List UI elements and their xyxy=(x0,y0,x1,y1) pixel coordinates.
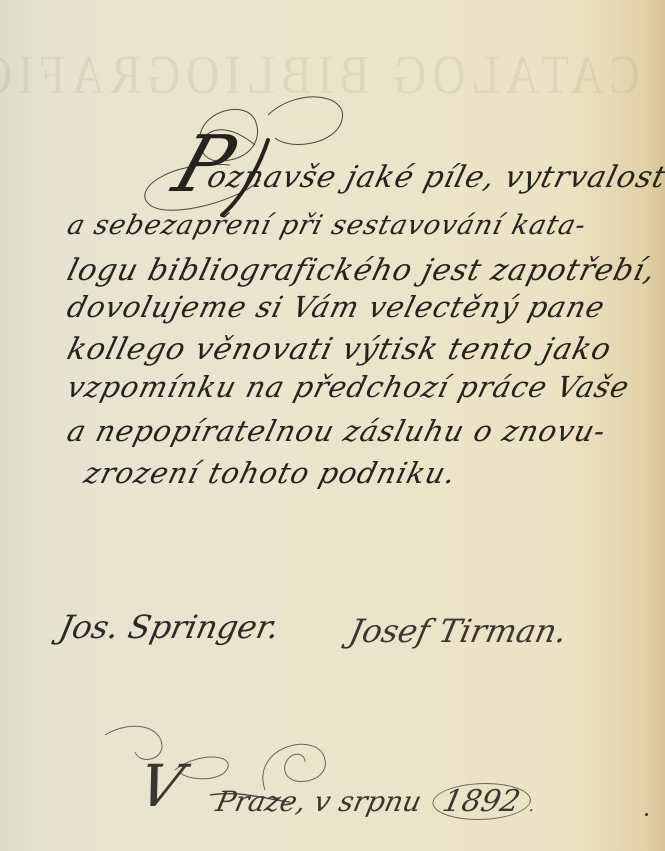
year: 1892 xyxy=(428,783,534,820)
body-line: oznavše jaké píle, vytrvalosti xyxy=(204,160,665,195)
body-line: logu bibliografického jest zapotřebí, xyxy=(64,253,660,288)
body-line: vzpomínku na předchozí práce Vaše xyxy=(64,370,634,404)
signature-springer: Jos. Springer. xyxy=(56,608,283,646)
body-line: a nepopíratelnou zásluhu o znovu- xyxy=(64,414,610,448)
body-line: a sebezapření při sestavování kata- xyxy=(64,210,590,241)
body-line: kollego věnovati výtisk tento jako xyxy=(64,332,616,367)
body-line: dovolujeme si Vám velectěný pane xyxy=(64,290,609,324)
signature-tirman: Josef Tirman. xyxy=(346,612,571,650)
dedication-page: CATALOG BIBLIOGRAFICKÝ P oznavše jaké pí… xyxy=(0,0,665,851)
body-line: zrození tohoto podniku. xyxy=(81,456,460,490)
place-name: Praze, v srpnu xyxy=(213,785,425,818)
place-date-line: VPraze, v srpnu 1892. xyxy=(133,752,546,820)
ink-speck xyxy=(645,813,648,816)
